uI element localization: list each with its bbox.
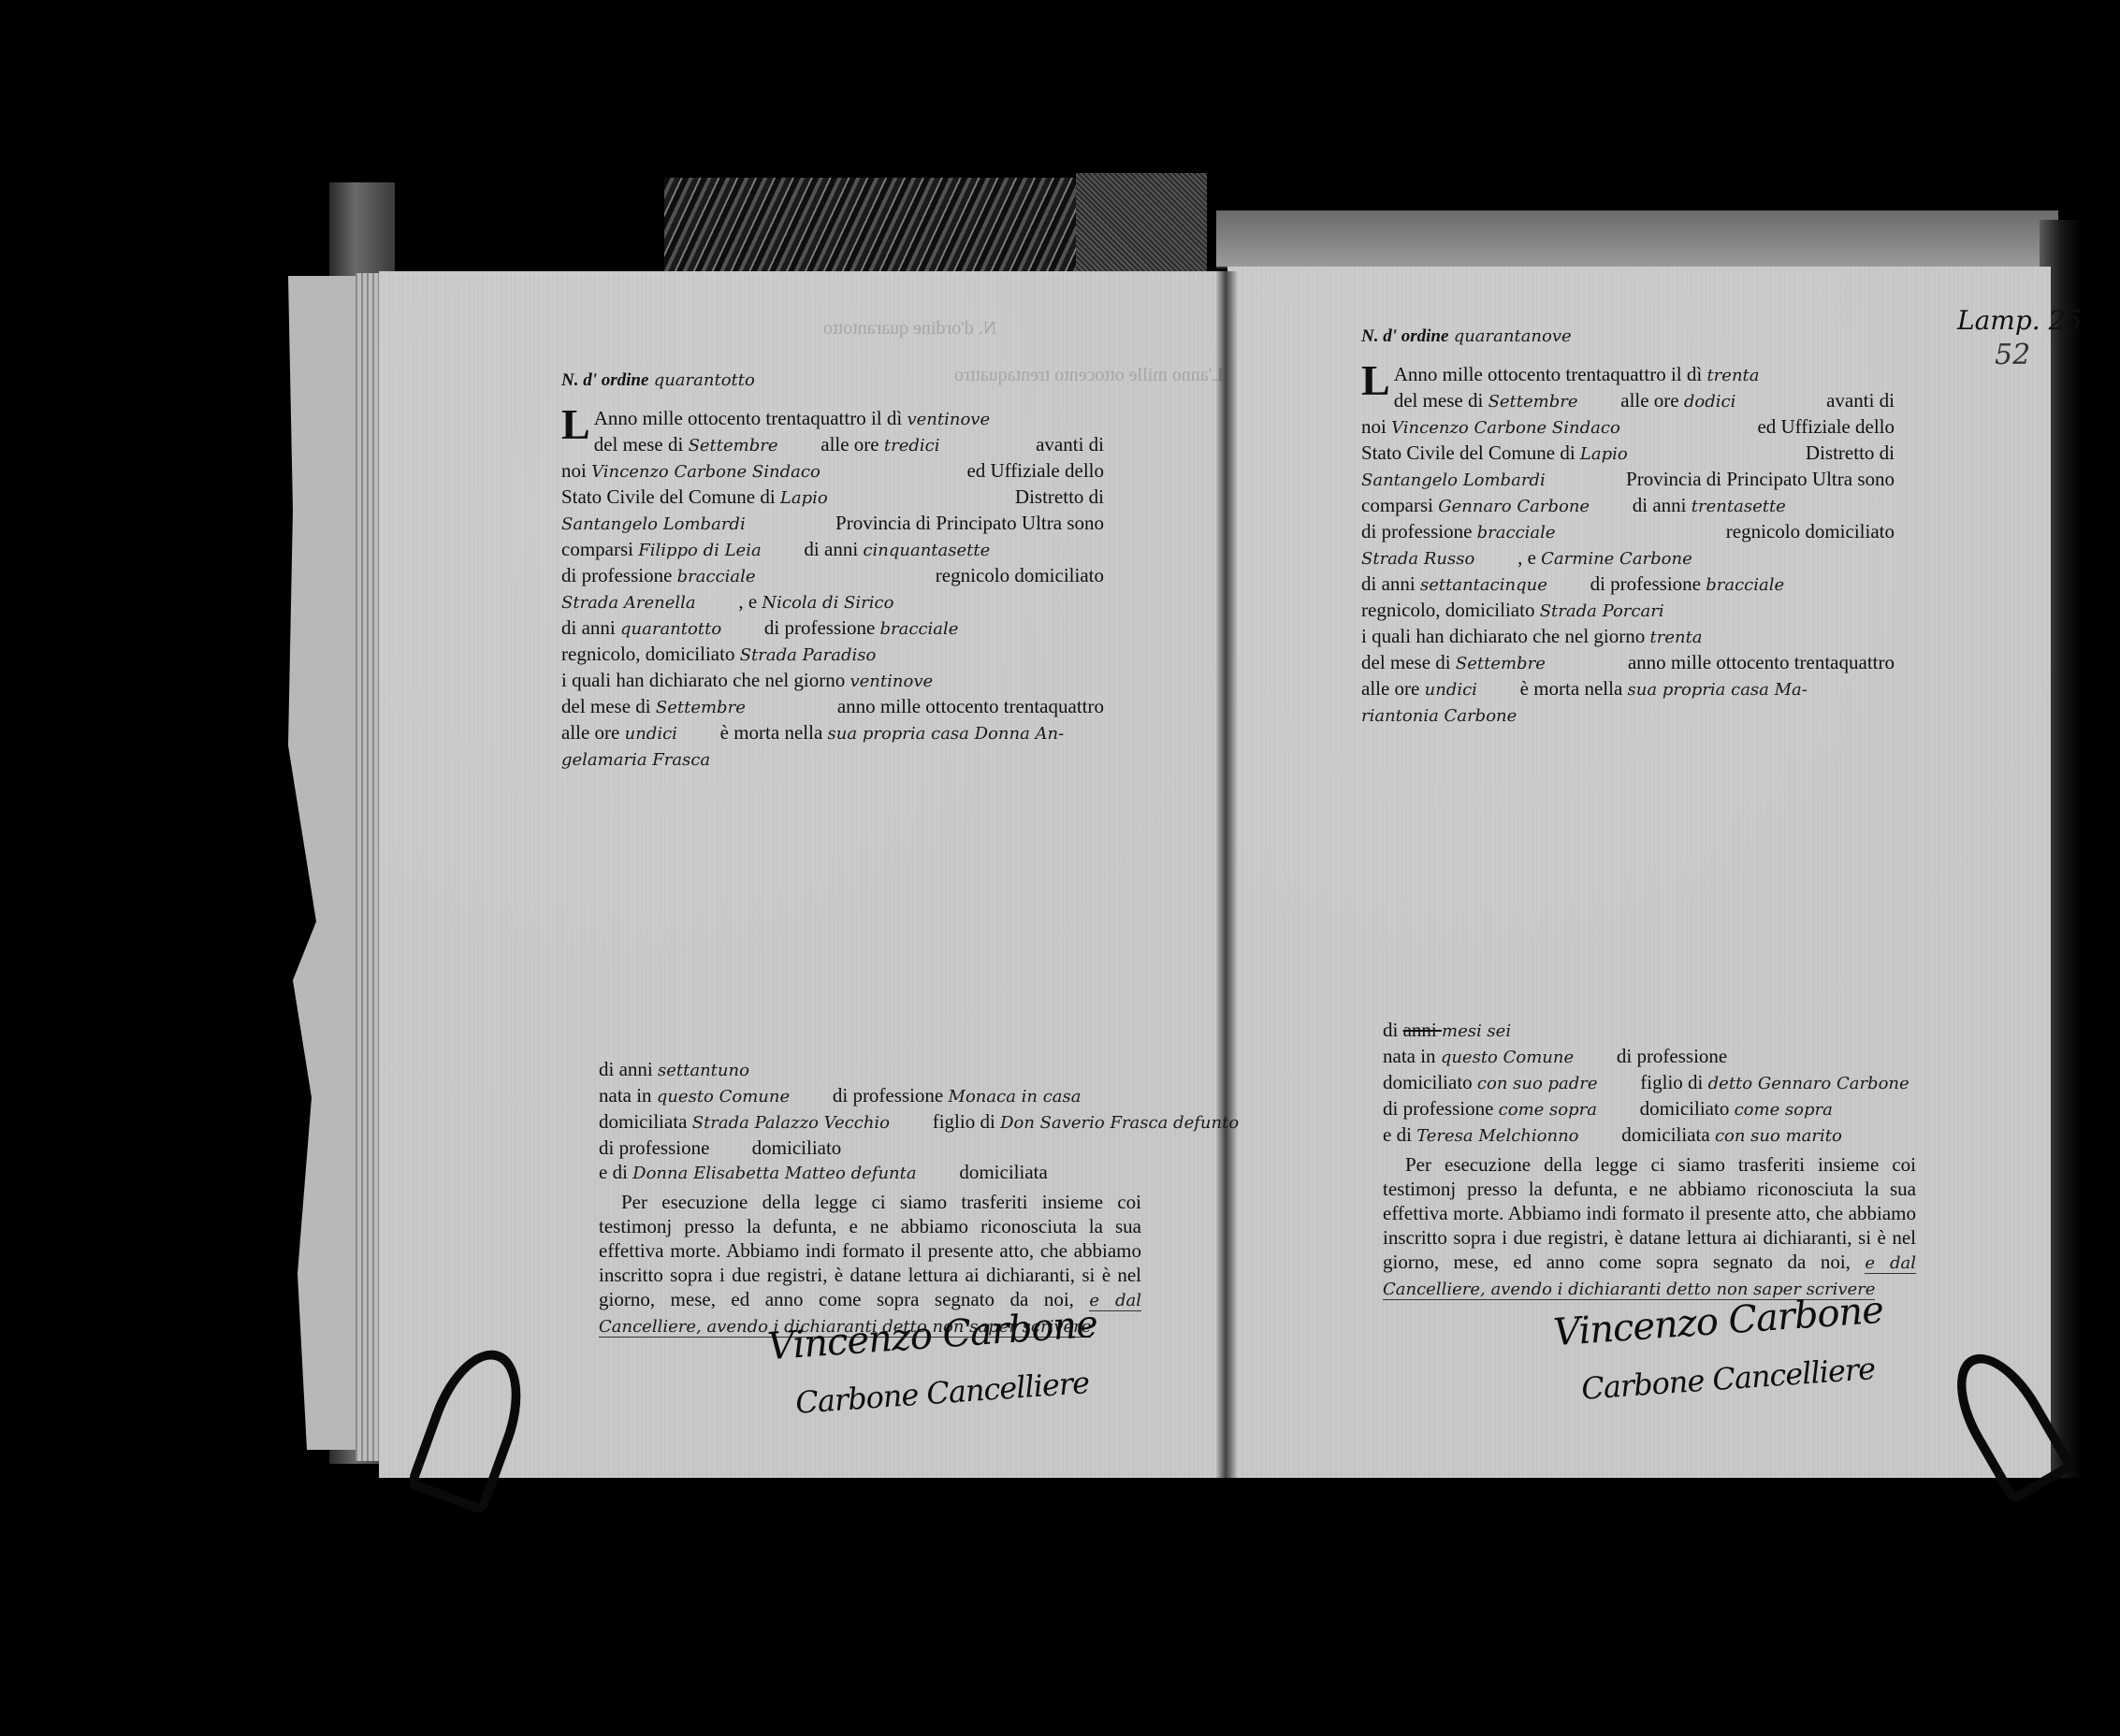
printed-text: nata in (599, 1084, 657, 1107)
record-line: nata in questo Comune di professione Mon… (599, 1083, 1141, 1109)
record-line: del mese di Settembre alle ore dodiciava… (1361, 388, 1895, 414)
printed-text: , e (1517, 546, 1541, 569)
printed-text: di professione (833, 1084, 949, 1107)
record-line: regnicolo, domiciliato Strada Porcari (1361, 598, 1895, 624)
order-number: quarantotto (654, 370, 755, 390)
record-line: noi Vincenzo Carbone Sindaco ed Uffizial… (561, 458, 1104, 485)
handwritten-entry: Lapio (1580, 444, 1628, 464)
handwritten-entry: Strada Palazzo Vecchio (692, 1113, 895, 1133)
handwritten-entry: undici (625, 724, 683, 744)
handwritten-entry: con suo padre (1477, 1074, 1603, 1093)
printed-text: noi (1361, 415, 1391, 438)
record-line: di professione bracciale regnicolo domic… (1361, 519, 1895, 545)
record-line: di anni settantuno (599, 1057, 1141, 1083)
printed-text: noi (561, 459, 591, 482)
record-line: del mese di Settembre anno mille ottocen… (561, 694, 1104, 720)
handwritten-entry: dodici (1684, 392, 1735, 412)
handwritten-entry: Strada Arenella (561, 593, 701, 613)
order-number-line: N. d' ordine quarantanove (1361, 323, 1895, 349)
closing-paragraph: Per esecuzione della legge ci siamo tras… (1383, 1152, 1916, 1302)
handwritten-entry: Monaca in casa (949, 1087, 1082, 1107)
record-line: Santangelo Lombardi Provincia di Princip… (1361, 467, 1895, 493)
printed-text: di professione (561, 564, 677, 586)
right-record-lower: di anni mesi sei nata in questo Comune d… (1383, 1018, 1916, 1302)
handwritten-entry: Donna Elisabetta Matteo defunta (632, 1164, 922, 1183)
bleed-through-text: N. d'ordine quarantotto (823, 318, 996, 340)
record-line: e di Donna Elisabetta Matteo defunta dom… (599, 1160, 1141, 1186)
printed-text: di anni (561, 616, 620, 639)
printed-text: di anni (599, 1058, 658, 1080)
handwritten-entry: trenta (1706, 366, 1759, 385)
order-prefix: N. d' ordine (561, 370, 648, 390)
folio-number: 52 (1995, 339, 2030, 371)
printed-text: del mese di (1394, 389, 1488, 412)
handwritten-entry: Settembre (656, 698, 746, 717)
struck-text: anni (1403, 1019, 1442, 1041)
handwritten-entry: riantonia Carbone (1361, 706, 1517, 726)
record-line: e di Teresa Melchionno domiciliata con s… (1383, 1122, 1916, 1149)
handwritten-entry: bracciale (880, 619, 959, 639)
deceased-details: di anni settantuno nata in questo Comune… (599, 1057, 1141, 1186)
printed-text: ed Uffiziale dello (1757, 414, 1895, 439)
printed-text: alle ore (1361, 677, 1425, 700)
printed-text: domiciliata (959, 1161, 1047, 1183)
left-record: N. d' ordine quarantotto LAnno mille ott… (561, 367, 1104, 773)
handwritten-entry: ventinove (849, 672, 933, 691)
handwritten-entry: quarantotto (620, 619, 727, 639)
handwritten-entry: Settembre (1488, 392, 1584, 412)
printed-text: Distretto di (1015, 485, 1104, 509)
printed-text: comparsi (1361, 494, 1438, 516)
printed-text: del mese di (561, 695, 656, 717)
printed-text: è morta nella (1520, 677, 1628, 700)
printed-text: Provincia di Principato Ultra sono (835, 511, 1104, 535)
printed-text: i quali han dichiarato che nel giorno (561, 669, 849, 691)
printed-text: regnicolo, domiciliato (561, 643, 740, 665)
handwritten-entry: Gennaro Carbone (1438, 497, 1595, 516)
record-line: alle ore undici è morta nella sua propri… (561, 720, 1104, 746)
printed-text: comparsi (561, 538, 638, 560)
handwritten-entry: Filippo di Leia (638, 541, 766, 560)
handwritten-entry: questo Comune (657, 1087, 795, 1107)
printed-text: e di (599, 1161, 632, 1183)
printed-text: Anno mille ottocento trentaquattro il dì (1394, 363, 1707, 385)
order-prefix: N. d' ordine (1361, 326, 1448, 346)
closing-printed: Per esecuzione della legge ci siamo tras… (1383, 1153, 1916, 1273)
record-line: Stato Civile del Comune di Lapio Distret… (1361, 441, 1895, 467)
marbled-cover-board (664, 178, 1076, 271)
printed-text: è morta nella (720, 721, 828, 744)
record-line: i quali han dichiarato che nel giorno ve… (561, 668, 1104, 694)
printed-text: avanti di (1826, 388, 1895, 412)
printed-text: di professione (1590, 572, 1706, 595)
handwritten-entry: Lapio (780, 488, 828, 508)
printed-text: Stato Civile del Comune di (561, 485, 780, 508)
margin-annotation: Lamp. 25 (1957, 305, 2082, 336)
handwritten-entry: Settembre (689, 436, 784, 456)
handwritten-entry: bracciale (1706, 575, 1784, 595)
record-line: domiciliata Strada Palazzo Vecchio figli… (599, 1109, 1141, 1136)
printed-text: regnicolo domiciliato (1726, 519, 1895, 543)
printed-text: alle ore (561, 721, 625, 744)
order-number: quarantanove (1454, 326, 1572, 346)
printed-text: regnicolo domiciliato (936, 563, 1104, 587)
printed-text: regnicolo, domiciliato (1361, 599, 1540, 621)
printed-text: Anno mille ottocento trentaquattro il dì (594, 407, 908, 429)
record-line: riantonia Carbone (1361, 702, 1895, 729)
handwritten-entry: trentasette (1692, 497, 1786, 516)
printed-text: di anni (1633, 494, 1692, 516)
printed-text: Stato Civile del Comune di (1361, 441, 1580, 464)
record-line: comparsi Filippo di Leia di anni cinquan… (561, 537, 1104, 563)
printed-text: anno mille ottocento trentaquattro (837, 694, 1104, 718)
printed-text: domiciliata (599, 1110, 692, 1133)
handwritten-entry: Strada Porcari (1540, 601, 1664, 621)
printed-text: Distretto di (1806, 441, 1895, 465)
record-line: di professione bracciale regnicolo domic… (561, 563, 1104, 589)
handwritten-entry: cinquantasette (863, 541, 990, 560)
spine-cloth (1076, 173, 1207, 276)
printed-text: anno mille ottocento trentaquattro (1628, 650, 1895, 674)
handwritten-entry: Carmine Carbone (1541, 549, 1692, 569)
printed-text: domiciliato (752, 1136, 842, 1159)
handwritten-entry: sua propria casa Donna An- (828, 724, 1065, 744)
printed-text: di (1383, 1019, 1403, 1041)
printed-text: di professione (764, 616, 880, 639)
printed-text: di professione (599, 1136, 715, 1159)
printed-text: alle ore (1620, 389, 1684, 412)
record-line: LAnno mille ottocento trentaquattro il d… (1361, 362, 1895, 388)
record-line: alle ore undici è morta nella sua propri… (1361, 676, 1895, 702)
printed-text: figlio di (1640, 1071, 1707, 1093)
record-body-lines: LAnno mille ottocento trentaquattro il d… (1361, 362, 1895, 729)
handwritten-entry: bracciale (677, 567, 756, 586)
record-line: domiciliato con suo padre figlio di dett… (1383, 1070, 1916, 1096)
handwritten-entry: sua propria casa Ma- (1628, 680, 1808, 700)
printed-text: nata in (1383, 1045, 1441, 1067)
printed-text: domiciliato (1383, 1071, 1477, 1093)
handwritten-entry: questo Comune (1441, 1048, 1579, 1067)
record-line: noi Vincenzo Carbone Sindaco ed Uffizial… (1361, 414, 1895, 441)
book-gutter (1216, 271, 1237, 1478)
record-line: LAnno mille ottocento trentaquattro il d… (561, 406, 1104, 432)
handwritten-entry: Teresa Melchionno (1416, 1126, 1584, 1146)
record-line: di anni quarantotto di professione bracc… (561, 615, 1104, 642)
left-record-lower: di anni settantuno nata in questo Comune… (599, 1057, 1141, 1339)
handwritten-entry: Nicola di Sirico (762, 593, 893, 613)
record-line: del mese di Settembre alle ore trediciav… (561, 432, 1104, 458)
handwritten-entry: trenta (1649, 628, 1702, 647)
record-line: gelamaria Frasca (561, 746, 1104, 773)
handwritten-entry: Strada Russo (1361, 549, 1480, 569)
record-line: di anni settantacinque di professione br… (1361, 571, 1895, 598)
handwritten-entry: settantacinque (1420, 575, 1553, 595)
order-number-line: N. d' ordine quarantotto (561, 367, 1104, 393)
handwritten-entry: Strada Paradiso (740, 645, 877, 665)
printed-text: ed Uffiziale dello (966, 458, 1104, 483)
top-cover-edge (1216, 210, 2058, 268)
handwritten-entry: con suo marito (1715, 1126, 1842, 1146)
handwritten-entry: Settembre (1456, 654, 1546, 673)
printed-text: domiciliata (1621, 1123, 1715, 1146)
printed-text: di professione (1383, 1097, 1499, 1120)
record-line: di professione come sopra domiciliato co… (1383, 1096, 1916, 1122)
record-line: nata in questo Comune di professione (1383, 1044, 1916, 1070)
handwritten-entry: come sopra (1499, 1100, 1603, 1120)
handwritten-entry: settantuno (658, 1061, 749, 1080)
handwritten-entry: come sopra (1735, 1100, 1833, 1120)
record-line: Strada Arenella , e Nicola di Sirico (561, 589, 1104, 615)
record-line: comparsi Gennaro Carbone di anni trentas… (1361, 493, 1895, 519)
printed-text: del mese di (594, 433, 689, 456)
handwritten-entry: ventinove (907, 410, 990, 429)
record-line: di anni mesi sei (1383, 1018, 1916, 1044)
record-line: Strada Russo , e Carmine Carbone (1361, 545, 1895, 571)
record-line: Santangelo Lombardi Provincia di Princip… (561, 511, 1104, 537)
handwritten-entry: Don Saverio Frasca defunto (1000, 1113, 1239, 1133)
handwritten-entry: gelamaria Frasca (561, 750, 710, 770)
handwritten-entry: mesi sei (1442, 1021, 1511, 1041)
printed-text: di professione (1617, 1045, 1727, 1067)
printed-text: del mese di (1361, 651, 1456, 673)
handwritten-entry: tredici (884, 436, 940, 456)
handwritten-entry: Santangelo Lombardi (1361, 470, 1546, 490)
printed-text: di anni (1361, 572, 1420, 595)
printed-text: alle ore (820, 433, 884, 456)
closing-printed: Per esecuzione della legge ci siamo tras… (599, 1191, 1141, 1310)
printed-text: i quali han dichiarato che nel giorno (1361, 625, 1649, 647)
record-line: i quali han dichiarato che nel giorno tr… (1361, 624, 1895, 650)
printed-text: e di (1383, 1123, 1416, 1146)
deceased-details: di anni mesi sei nata in questo Comune d… (1383, 1018, 1916, 1149)
record-line: Stato Civile del Comune di Lapio Distret… (561, 485, 1104, 511)
handwritten-entry: undici (1425, 680, 1483, 700)
handwritten-entry: Vincenzo Carbone Sindaco (1391, 418, 1620, 438)
record-body-lines: LAnno mille ottocento trentaquattro il d… (561, 406, 1104, 773)
handwritten-entry: detto Gennaro Carbone (1708, 1074, 1909, 1093)
record-line: regnicolo, domiciliato Strada Paradiso (561, 642, 1104, 668)
printed-text: domiciliato (1640, 1097, 1735, 1120)
record-line: di professione domiciliato (599, 1136, 1141, 1160)
handwritten-entry: bracciale (1477, 523, 1556, 542)
printed-text: avanti di (1036, 432, 1104, 456)
record-line: del mese di Settembre anno mille ottocen… (1361, 650, 1895, 676)
printed-text: , e (738, 590, 762, 613)
right-record: N. d' ordine quarantanove LAnno mille ot… (1361, 323, 1895, 729)
handwritten-entry: Santangelo Lombardi (561, 514, 746, 534)
printed-text: di anni (804, 538, 863, 560)
printed-text: Provincia di Principato Ultra sono (1626, 467, 1895, 491)
printed-text: figlio di (933, 1110, 1000, 1133)
printed-text: di professione (1361, 520, 1477, 542)
handwritten-entry: Vincenzo Carbone Sindaco (591, 462, 820, 482)
